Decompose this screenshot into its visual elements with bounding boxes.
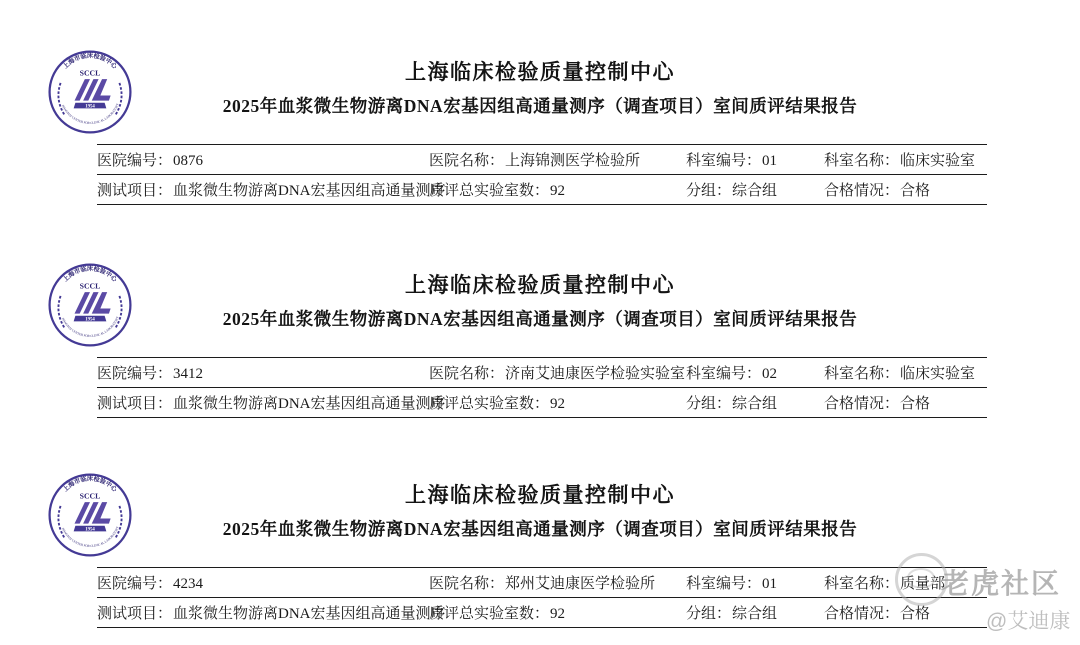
field-dept-id: 科室编号：02 — [686, 358, 824, 388]
field-hospital-id: 医院编号：3412 — [97, 358, 429, 388]
table-row: 医院编号：0876 医院名称：上海锦测医学检验所 科室编号：01 科室名称：临床… — [97, 145, 987, 175]
field-pass-status: 合格情况：合格 — [824, 175, 987, 205]
field-value: 合格 — [899, 396, 930, 412]
report-subtitle: 2025年血浆微生物游离DNA宏基因组高通量测序（调查项目）室间质评结果报告 — [0, 93, 1080, 118]
field-dept-id: 科室编号：01 — [686, 568, 824, 598]
field-label: 医院名称： — [429, 366, 504, 382]
field-value: 01 — [761, 576, 777, 592]
field-label: 医院编号： — [97, 153, 172, 169]
field-value: 郑州艾迪康医学检验所 — [504, 576, 655, 592]
table-row: 测试项目：血浆微生物游离DNA宏基因组高通量测序 质评总实验室数：92 分组：综… — [97, 598, 987, 628]
field-dept-id: 科室编号：01 — [686, 145, 824, 175]
report-section-3: 上海市临床检验中心 SCCL 1954 SHANGHAI CENTER FOR … — [0, 468, 1080, 633]
field-label: 科室名称： — [824, 153, 899, 169]
field-label: 科室编号： — [686, 153, 761, 169]
field-label: 测试项目： — [97, 396, 172, 412]
field-label: 测试项目： — [97, 606, 172, 622]
field-label: 医院编号： — [97, 366, 172, 382]
field-label: 分组： — [686, 183, 731, 199]
field-label: 合格情况： — [824, 396, 899, 412]
field-total-labs: 质评总实验室数：92 — [429, 388, 686, 418]
field-dept-name: 科室名称：质量部 — [824, 568, 987, 598]
table-row: 测试项目：血浆微生物游离DNA宏基因组高通量测序 质评总实验室数：92 分组：综… — [97, 388, 987, 418]
field-value: 血浆微生物游离DNA宏基因组高通量测序 — [172, 183, 446, 199]
field-label: 医院名称： — [429, 576, 504, 592]
field-value: 血浆微生物游离DNA宏基因组高通量测序 — [172, 606, 446, 622]
field-value: 临床实验室 — [899, 366, 975, 382]
field-group: 分组：综合组 — [686, 388, 824, 418]
field-label: 合格情况： — [824, 183, 899, 199]
field-value: 综合组 — [731, 183, 777, 199]
field-value: 3412 — [172, 366, 203, 382]
field-group: 分组：综合组 — [686, 175, 824, 205]
field-label: 医院编号： — [97, 576, 172, 592]
field-value: 0876 — [172, 153, 203, 169]
field-value: 92 — [549, 606, 565, 622]
field-value: 01 — [761, 153, 777, 169]
field-group: 分组：综合组 — [686, 598, 824, 628]
field-dept-name: 科室名称：临床实验室 — [824, 145, 987, 175]
field-label: 质评总实验室数： — [429, 396, 549, 412]
field-hospital-id: 医院编号：0876 — [97, 145, 429, 175]
table-row: 医院编号：3412 医院名称：济南艾迪康医学检验实验室 科室编号：02 科室名称… — [97, 358, 987, 388]
field-hospital-name: 医院名称：济南艾迪康医学检验实验室 — [429, 358, 686, 388]
field-value: 02 — [761, 366, 777, 382]
field-value: 临床实验室 — [899, 153, 975, 169]
field-value: 济南艾迪康医学检验实验室 — [504, 366, 685, 382]
field-total-labs: 质评总实验室数：92 — [429, 598, 686, 628]
field-value: 92 — [549, 396, 565, 412]
field-pass-status: 合格情况：合格 — [824, 388, 987, 418]
report-title: 上海临床检验质量控制中心 — [0, 56, 1080, 86]
field-hospital-id: 医院编号：4234 — [97, 568, 429, 598]
field-label: 科室名称： — [824, 576, 899, 592]
field-value: 4234 — [172, 576, 203, 592]
field-value: 血浆微生物游离DNA宏基因组高通量测序 — [172, 396, 446, 412]
field-label: 测试项目： — [97, 183, 172, 199]
field-test-item: 测试项目：血浆微生物游离DNA宏基因组高通量测序 — [97, 175, 429, 205]
table-row: 医院编号：4234 医院名称：郑州艾迪康医学检验所 科室编号：01 科室名称：质… — [97, 568, 987, 598]
report-subtitle: 2025年血浆微生物游离DNA宏基因组高通量测序（调查项目）室间质评结果报告 — [0, 306, 1080, 331]
field-label: 合格情况： — [824, 606, 899, 622]
field-label: 质评总实验室数： — [429, 183, 549, 199]
field-label: 科室名称： — [824, 366, 899, 382]
report-info-table: 医院编号：3412 医院名称：济南艾迪康医学检验实验室 科室编号：02 科室名称… — [97, 357, 987, 418]
field-label: 分组： — [686, 606, 731, 622]
field-label: 医院名称： — [429, 153, 504, 169]
field-test-item: 测试项目：血浆微生物游离DNA宏基因组高通量测序 — [97, 388, 429, 418]
field-hospital-name: 医院名称：郑州艾迪康医学检验所 — [429, 568, 686, 598]
report-section-1: 上海市临床检验中心 SCCL 1954 SHANGHAI CENTER FOR … — [0, 45, 1080, 210]
field-value: 92 — [549, 183, 565, 199]
report-info-table: 医院编号：0876 医院名称：上海锦测医学检验所 科室编号：01 科室名称：临床… — [97, 144, 987, 205]
field-label: 科室编号： — [686, 576, 761, 592]
field-value: 质量部 — [899, 576, 945, 592]
field-value: 综合组 — [731, 606, 777, 622]
field-value: 合格 — [899, 606, 930, 622]
report-section-2: 上海市临床检验中心 SCCL 1954 SHANGHAI CENTER FOR … — [0, 258, 1080, 423]
field-value: 合格 — [899, 183, 930, 199]
report-title: 上海临床检验质量控制中心 — [0, 269, 1080, 299]
field-dept-name: 科室名称：临床实验室 — [824, 358, 987, 388]
field-hospital-name: 医院名称：上海锦测医学检验所 — [429, 145, 686, 175]
field-label: 科室编号： — [686, 366, 761, 382]
field-label: 质评总实验室数： — [429, 606, 549, 622]
field-test-item: 测试项目：血浆微生物游离DNA宏基因组高通量测序 — [97, 598, 429, 628]
report-title: 上海临床检验质量控制中心 — [0, 479, 1080, 509]
field-value: 综合组 — [731, 396, 777, 412]
table-row: 测试项目：血浆微生物游离DNA宏基因组高通量测序 质评总实验室数：92 分组：综… — [97, 175, 987, 205]
field-label: 分组： — [686, 396, 731, 412]
report-subtitle: 2025年血浆微生物游离DNA宏基因组高通量测序（调查项目）室间质评结果报告 — [0, 516, 1080, 541]
field-total-labs: 质评总实验室数：92 — [429, 175, 686, 205]
report-info-table: 医院编号：4234 医院名称：郑州艾迪康医学检验所 科室编号：01 科室名称：质… — [97, 567, 987, 628]
field-pass-status: 合格情况：合格 — [824, 598, 987, 628]
field-value: 上海锦测医学检验所 — [504, 153, 640, 169]
